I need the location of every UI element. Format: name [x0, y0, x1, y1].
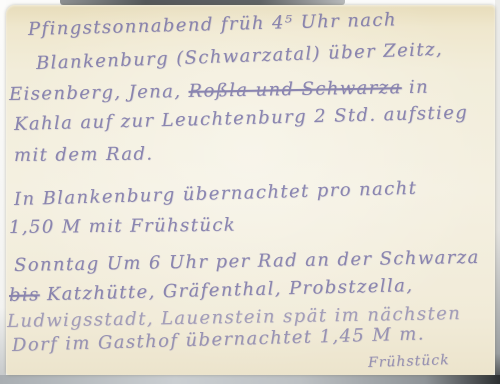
handwriting-line: Blankenburg (Schwarzatal) über Zeitz, — [36, 39, 444, 74]
handwriting-line: bis Katzhütte, Gräfenthal, Probstzella, — [9, 275, 414, 306]
text-segment: Blankenburg (Schwarzatal) über Zeitz, — [36, 39, 444, 74]
scan-right-margin — [495, 0, 500, 384]
scanned-note-photo: { "colors": { "paper": "#f2edda", "ink":… — [0, 0, 500, 384]
handwriting-line: Kahla auf zur Leuchtenburg 2 Std. aufsti… — [14, 102, 469, 135]
text-segment: 1,50 M mit Frühstück — [9, 215, 236, 238]
handwriting-line: Pfingstsonnabend früh 4⁵ Uhr nach — [28, 9, 397, 40]
struck-text-segment: bis — [9, 284, 40, 306]
handwriting-line: Eisenberg, Jena, Roßla und Schwarza in — [9, 77, 429, 105]
struck-text-segment: Roßla und Schwarza — [188, 77, 402, 102]
text-segment: Katzhütte, Gräfenthal, Probstzella, — [39, 275, 413, 305]
text-segment: Sonntag Um 6 Uhr per Rad an der Schwarza — [14, 247, 480, 276]
note-paper: Pfingstsonnabend früh 4⁵ Uhr nach Blanke… — [6, 5, 495, 375]
text-segment: Pfingstsonnabend früh 4⁵ Uhr nach — [28, 9, 397, 40]
text-segment: mit dem Rad. — [14, 144, 154, 166]
handwriting-line: Sonntag Um 6 Uhr per Rad an der Schwarza — [14, 247, 480, 276]
handwriting-line: In Blankenburg übernachtet pro nacht — [14, 178, 418, 210]
text-segment: Eisenberg, Jena, — [9, 81, 189, 105]
text-segment: Frühstück — [368, 352, 450, 371]
scan-bottom-edge — [0, 375, 500, 384]
handwriting-line: mit dem Rad. — [14, 144, 154, 166]
text-segment: In Blankenburg übernachtet pro nacht — [14, 178, 418, 210]
handwriting-line: 1,50 M mit Frühstück — [9, 215, 236, 238]
text-segment: Kahla auf zur Leuchtenburg 2 Std. aufsti… — [14, 102, 469, 135]
handwriting-line: Frühstück — [368, 352, 450, 371]
text-segment: in — [402, 77, 430, 98]
